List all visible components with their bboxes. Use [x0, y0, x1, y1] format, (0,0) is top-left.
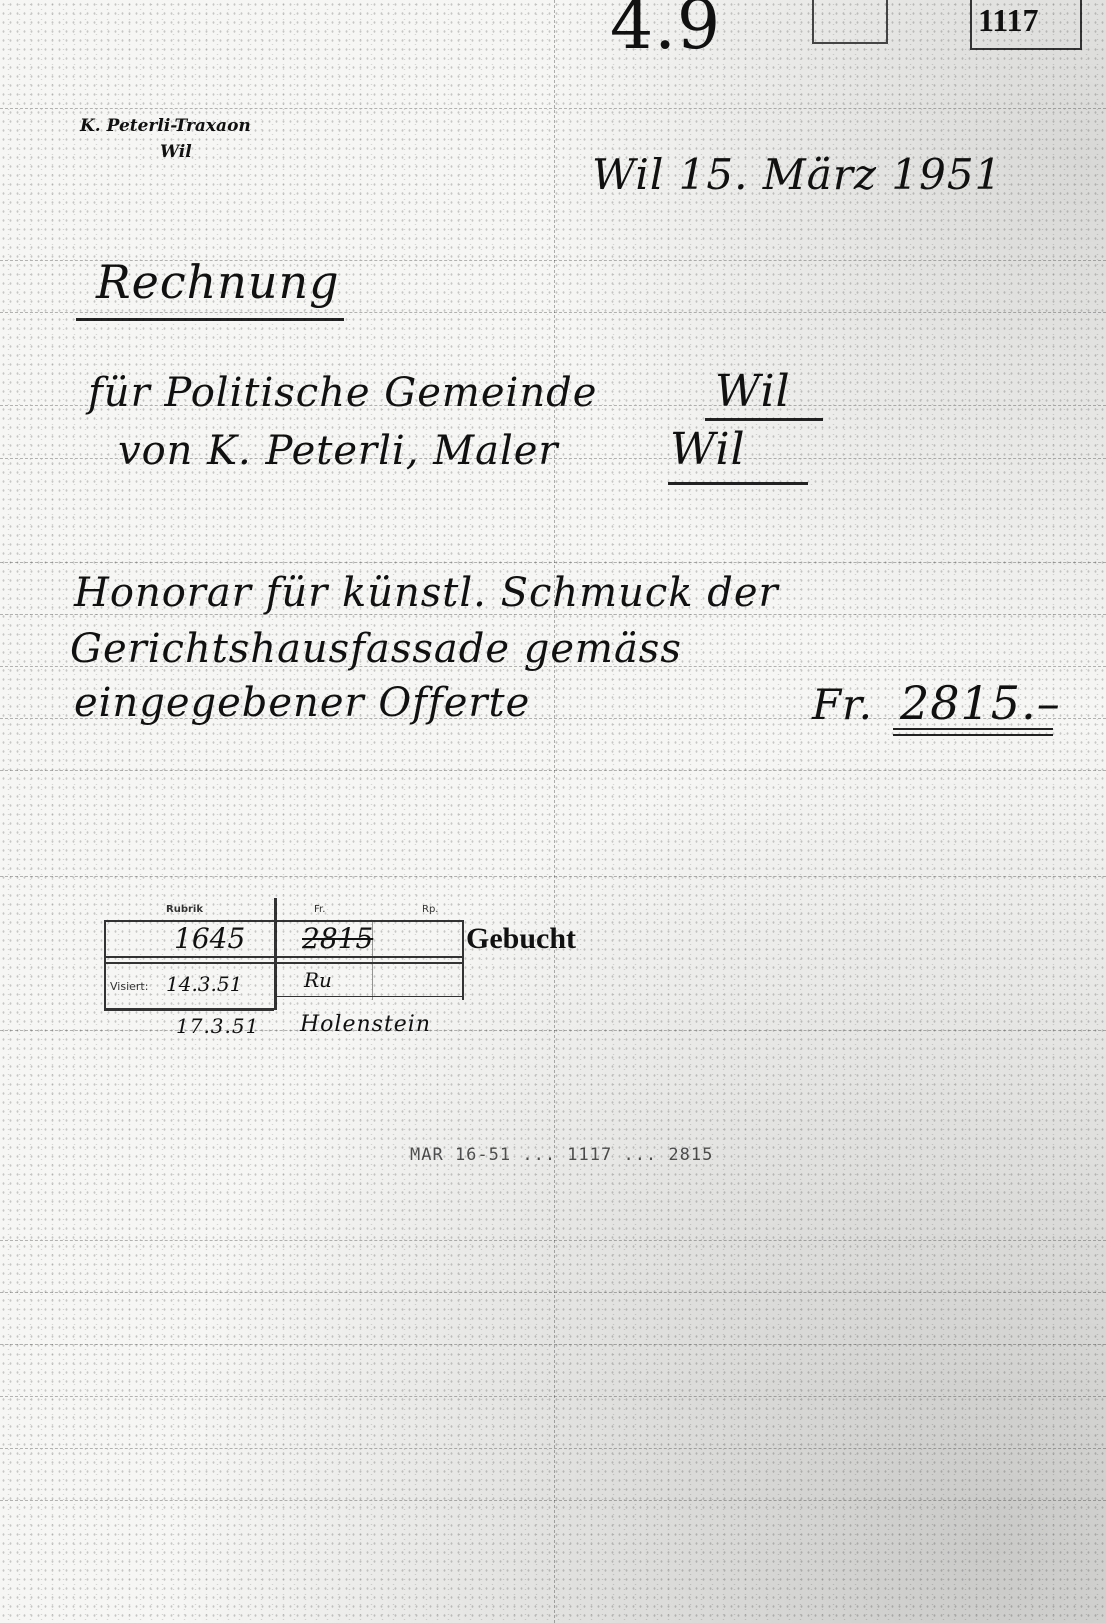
ruled-line	[0, 1396, 1106, 1398]
ruled-line	[0, 1030, 1106, 1032]
machine-print-line: MAR 16-51 ... 1117 ... 2815	[410, 1145, 713, 1165]
stamp-rule	[462, 920, 464, 1000]
fold-line	[554, 0, 555, 1623]
stamp-amount-value: 2815	[302, 922, 373, 955]
amount-currency: Fr.	[812, 680, 873, 729]
body-line-3: eingegebener Offerte	[74, 680, 530, 726]
visiert-initials: Ru	[304, 968, 332, 992]
body-line-2: Gerichtshausfassade gemäss	[70, 626, 682, 672]
ruled-line	[0, 876, 1106, 878]
stamp-rule	[104, 956, 464, 958]
recipient-place-underline	[705, 418, 823, 421]
rp-label: Rp.	[422, 904, 438, 915]
scanned-paper	[0, 0, 1106, 1623]
sender-place-underline	[668, 482, 808, 485]
booking-signature: Holenstein	[300, 1012, 431, 1037]
recipient-place: Wil	[715, 366, 791, 417]
stamp-divider	[274, 898, 277, 1010]
fr-label: Fr.	[314, 904, 325, 915]
booking-stamp: Rubrik Fr. Rp. 1645 2815 Visiert: 14.3.5…	[104, 898, 464, 1008]
stamp-rule	[104, 920, 106, 1010]
amount-double-underline-1	[893, 728, 1053, 730]
ruled-line	[0, 1500, 1106, 1502]
amount-double-underline-2	[893, 734, 1053, 736]
ruled-line	[0, 312, 1106, 314]
title-underline	[76, 318, 344, 321]
handwritten-file-number: 4.9	[610, 0, 721, 65]
stamp-rule	[104, 1008, 274, 1011]
stamped-reference-number: 1117	[978, 2, 1038, 39]
empty-stamp-box	[812, 0, 888, 44]
booked-stamp-text: Gebucht	[466, 922, 576, 956]
sender-prefix: von K. Peterli, Maler	[118, 428, 559, 474]
place-date: Wil 15. März 1951	[592, 150, 1002, 199]
visiert-label: Visiert:	[110, 980, 148, 993]
booking-date: 17.3.51	[176, 1014, 259, 1038]
stamp-rule	[274, 996, 464, 997]
stamp-rule	[104, 920, 464, 922]
ruled-line	[0, 1448, 1106, 1450]
ruled-line	[0, 1240, 1106, 1242]
body-line-1: Honorar für künstl. Schmuck der	[74, 570, 779, 616]
stamp-rule	[104, 962, 464, 964]
letterhead-name: K. Peterli-Traxaon	[80, 116, 251, 136]
ruled-line	[0, 1344, 1106, 1346]
sender-place: Wil	[670, 424, 746, 475]
document-title: Rechnung	[96, 255, 340, 309]
rubrik-label: Rubrik	[166, 904, 203, 915]
ruled-line	[0, 108, 1106, 110]
ruled-line	[0, 562, 1106, 564]
amount-value: 2815.–	[900, 676, 1061, 730]
letterhead-place: Wil	[160, 142, 192, 162]
recipient-prefix: für Politische Gemeinde	[88, 370, 597, 416]
ruled-line	[0, 770, 1106, 772]
rubrik-value: 1645	[174, 922, 245, 955]
visiert-date: 14.3.51	[166, 972, 242, 996]
ruled-line	[0, 1292, 1106, 1294]
